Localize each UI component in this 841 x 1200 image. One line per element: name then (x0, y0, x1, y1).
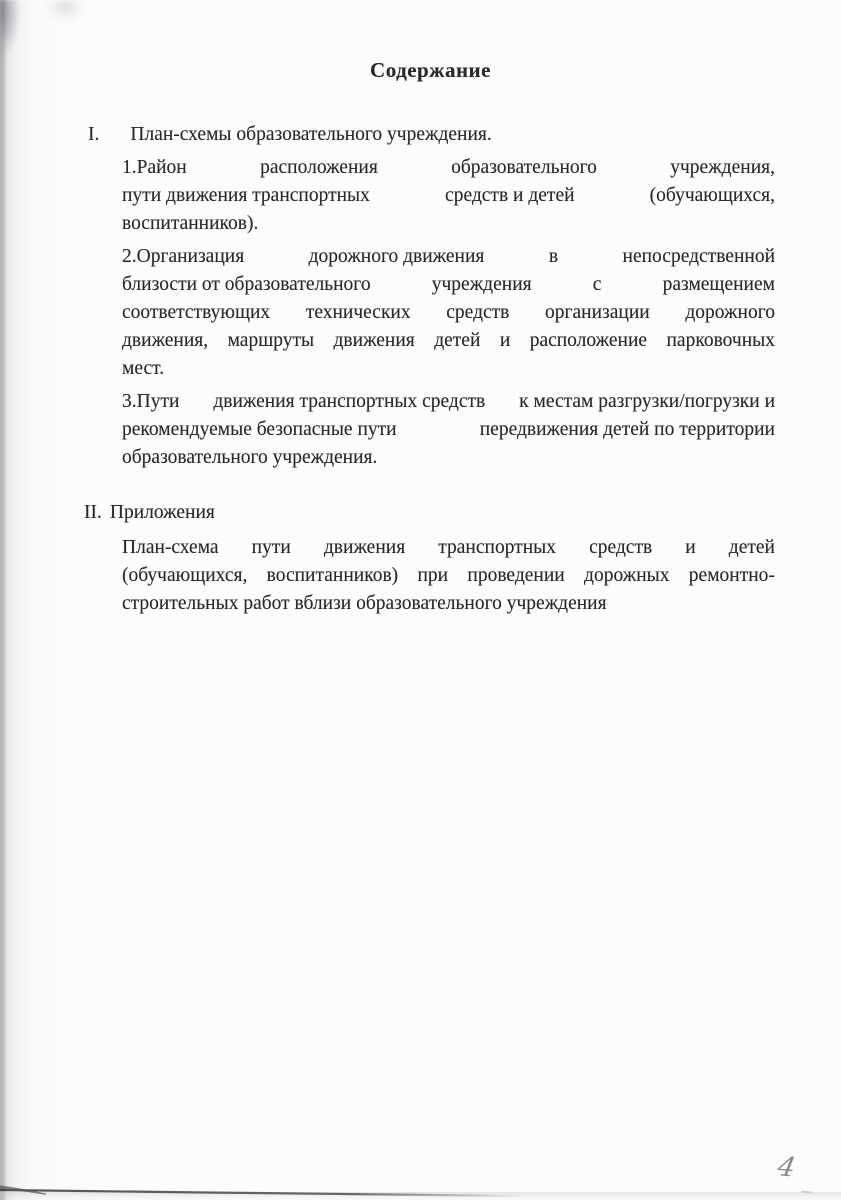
text-segment: транспортных (438, 534, 556, 562)
scan-corner-shadow (0, 0, 22, 70)
text-segment: и (685, 534, 695, 562)
toc-line: (обучающихся,воспитанников)припроведении… (122, 562, 775, 590)
text-segment: расположение (530, 327, 647, 355)
text-segment: пути (252, 534, 291, 562)
text-segment: организации (545, 299, 650, 327)
scan-smudge (44, 0, 86, 34)
text-segment: средств и детей (445, 182, 574, 210)
text-segment: средств (589, 534, 652, 562)
text-segment: при (417, 562, 448, 590)
text-segment: с (593, 271, 602, 299)
text-segment: пути движения транспортных (122, 182, 370, 210)
toc-line: строительных работ вблизи образовательно… (122, 590, 775, 618)
toc-paragraph: 3.Путидвижения транспортных средствк мес… (122, 388, 775, 472)
text-segment: движения (324, 534, 405, 562)
text-segment: движения, (122, 327, 208, 355)
toc-sections: I.План-схемы образовательного учреждения… (122, 121, 775, 618)
text-segment: в (549, 243, 558, 271)
text-segment: и (500, 327, 510, 355)
text-segment: проведении (467, 562, 564, 590)
text-segment: (обучающихся, (122, 562, 247, 590)
text-segment: размещением (663, 271, 775, 299)
toc-paragraph: План-схемапутидвижениятранспортныхсредст… (122, 534, 775, 618)
text-segment: непосредственной (623, 243, 775, 271)
text-segment: (обучающихся, (650, 182, 775, 210)
text-segment: учреждения (432, 271, 532, 299)
text-segment: детей (434, 327, 480, 355)
toc-section-numeral: I. (88, 121, 99, 149)
text-segment: технических (306, 299, 411, 327)
toc-line: пути движения транспортныхсредств и дете… (122, 182, 775, 210)
text-segment: воспитанников) (267, 562, 399, 590)
toc-section-title: Приложения (110, 499, 215, 527)
text-segment: детей (729, 534, 775, 562)
text-segment: 2.Организация (122, 243, 244, 271)
toc-line: 2.Организациядорожного движениявнепосред… (122, 243, 775, 271)
toc-line: рекомендуемые безопасные путипередвижени… (122, 416, 775, 444)
text-segment: движения транспортных средств (213, 388, 485, 416)
text-segment: к местам разгрузки/погрузки и (519, 388, 775, 416)
text-segment: передвижения детей по территории (480, 416, 775, 444)
toc-section-heading: I.План-схемы образовательного учреждения… (88, 121, 775, 149)
scanned-page: Содержание I.План-схемы образовательного… (122, 0, 775, 623)
toc-line: близости от образовательногоучрежденияср… (122, 271, 775, 299)
text-segment: 3.Пути (122, 388, 179, 416)
text-segment: соответствующих (122, 299, 270, 327)
page-title: Содержание (104, 56, 757, 84)
text-segment: парковочных (667, 327, 776, 355)
toc-line: образовательного учреждения. (122, 444, 775, 472)
text-segment: дорожного движения (309, 243, 485, 271)
text-segment: План-схема (122, 534, 219, 562)
toc-section-title: План-схемы образовательного учреждения. (130, 121, 491, 149)
toc-section-heading: II.Приложения (84, 499, 775, 527)
toc-line: 3.Путидвижения транспортных средствк мес… (122, 388, 775, 416)
toc-line: воспитанников). (122, 210, 775, 238)
toc-line: мест. (122, 355, 775, 383)
text-segment: близости от образовательного (122, 271, 371, 299)
text-segment: средств (446, 299, 509, 327)
text-segment: ремонтно- (689, 562, 775, 590)
toc-paragraph: 2.Организациядорожного движениявнепосред… (122, 243, 775, 383)
toc-paragraph: 1.Районрасположенияобразовательногоучреж… (122, 154, 775, 238)
toc-line: соответствующихтехническихсредстворганиз… (122, 299, 775, 327)
toc-section: II.ПриложенияПлан-схемапутидвижениятранс… (122, 499, 775, 618)
text-segment: образовательного (451, 154, 597, 182)
text-segment: дорожного (685, 299, 775, 327)
text-segment: маршруты (228, 327, 315, 355)
toc-line: 1.Районрасположенияобразовательногоучреж… (122, 154, 775, 182)
toc-line: План-схемапутидвижениятранспортныхсредст… (122, 534, 775, 562)
toc-section-numeral: II. (84, 499, 102, 527)
text-segment: учреждения, (670, 154, 775, 182)
toc-section: I.План-схемы образовательного учреждения… (122, 121, 775, 472)
toc-line: движения,маршрутыдвижениядетейирасположе… (122, 327, 775, 355)
text-segment: рекомендуемые безопасные пути (122, 416, 397, 444)
text-segment: 1.Район (122, 154, 187, 182)
text-segment: движения (334, 327, 415, 355)
text-segment: расположения (260, 154, 378, 182)
text-segment: дорожных (584, 562, 669, 590)
page-bottom-edge (0, 1130, 841, 1200)
